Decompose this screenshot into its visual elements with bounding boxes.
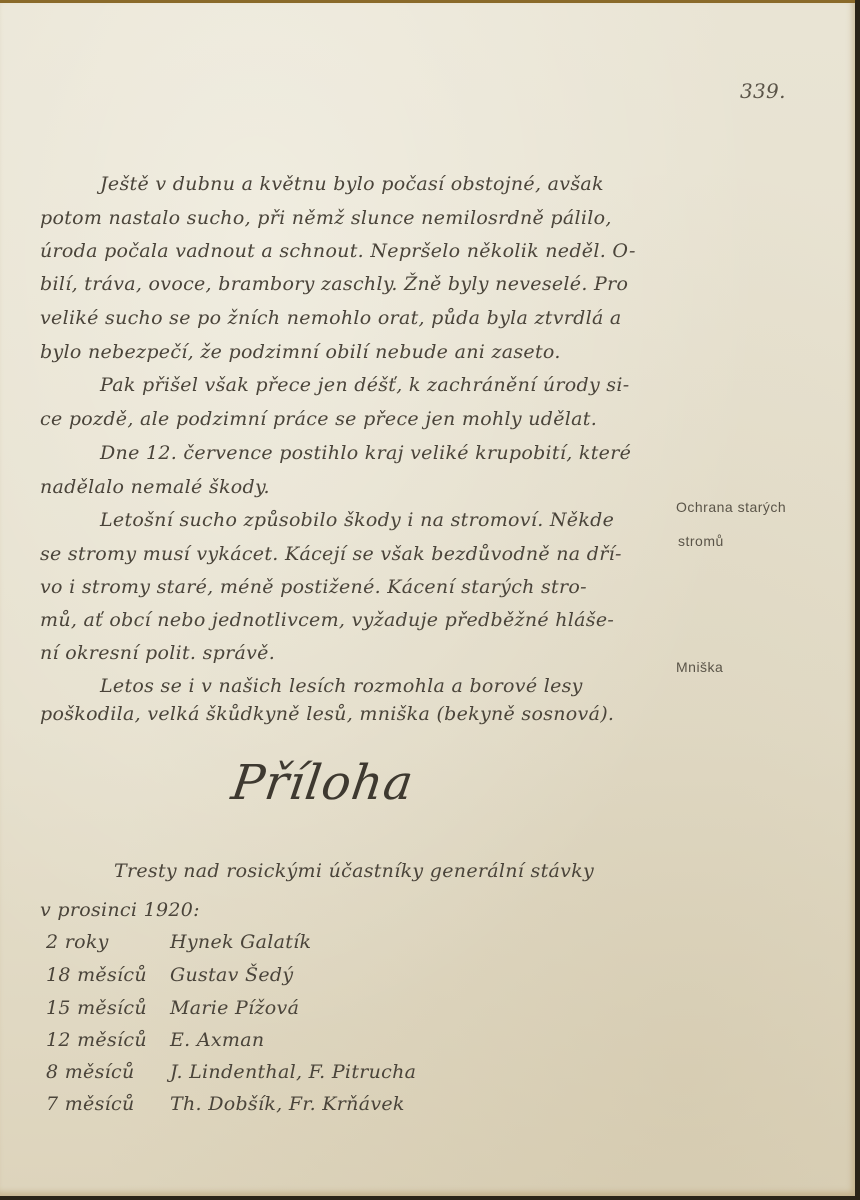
margin-note-nun-moth: Mniška	[676, 659, 723, 675]
body-line: potom nastalo sucho, při němž slunce nem…	[40, 207, 612, 229]
penalty-row: 18 měsíců Gustav Šedý	[46, 964, 546, 988]
margin-note-tree-protection-cont: stromů	[678, 533, 724, 549]
body-line: bilí, tráva, ovoce, brambory zaschly. Žn…	[40, 273, 628, 295]
margin-note-tree-protection: Ochrana starých	[676, 499, 786, 515]
body-line: úroda počala vadnout a schnout. Nepršelo…	[40, 240, 636, 262]
penalty-names: Hynek Galatík	[170, 931, 311, 953]
penalty-row: 7 měsíců Th. Dobšík, Fr. Krňávek	[46, 1093, 546, 1117]
penalty-term: 15 měsíců	[46, 997, 147, 1019]
body-line: veliké sucho se po žních nemohlo orat, p…	[40, 307, 622, 329]
penalty-names: Marie Pížová	[170, 997, 299, 1019]
appendix-heading: Příloha	[228, 755, 417, 811]
appendix-intro-date: v prosinci 1920:	[40, 899, 200, 921]
penalty-names: Gustav Šedý	[170, 964, 293, 986]
penalty-row: 8 měsíců J. Lindenthal, F. Pitrucha	[46, 1061, 546, 1085]
penalty-row: 2 roky Hynek Galatík	[46, 931, 546, 955]
body-line: vo i stromy staré, méně postižené. Kácen…	[40, 576, 587, 598]
penalty-term: 7 měsíců	[46, 1093, 135, 1115]
body-line: mů, ať obcí nebo jednotlivcem, vyžaduje …	[40, 609, 614, 631]
penalty-names: Th. Dobšík, Fr. Krňávek	[170, 1093, 405, 1115]
body-line: Ještě v dubnu a květnu bylo počasí obsto…	[100, 173, 604, 195]
body-line: nadělalo nemalé škody.	[40, 476, 270, 498]
penalty-term: 2 roky	[46, 931, 109, 953]
body-line: ce pozdě, ale podzimní práce se přece je…	[40, 408, 597, 430]
body-line: se stromy musí vykácet. Kácejí se však b…	[40, 543, 622, 565]
penalty-term: 18 měsíců	[46, 964, 147, 986]
penalty-term: 8 měsíců	[46, 1061, 135, 1083]
chronicle-page: 339. Ještě v dubnu a květnu bylo počasí …	[0, 0, 855, 1196]
penalty-term: 12 měsíců	[46, 1029, 147, 1051]
body-line: ní okresní polit. správě.	[40, 642, 275, 664]
penalty-names: E. Axman	[170, 1029, 264, 1051]
body-line: Letos se i v našich lesích rozmohla a bo…	[100, 675, 583, 697]
penalty-names: J. Lindenthal, F. Pitrucha	[170, 1061, 416, 1083]
body-line: Letošní sucho způsobilo škody i na strom…	[100, 509, 614, 531]
body-line: bylo nebezpečí, že podzimní obilí nebude…	[40, 341, 561, 363]
body-line: Pak přišel však přece jen déšť, k zachrá…	[100, 374, 629, 396]
body-line: poškodila, velká škůdkyně lesů, mniška (…	[40, 703, 614, 725]
page-number: 339.	[740, 79, 786, 103]
body-line: Dne 12. července postihlo kraj veliké kr…	[100, 442, 631, 464]
penalty-row: 15 měsíců Marie Pížová	[46, 997, 546, 1021]
appendix-intro: Tresty nad rosickými účastníky generální…	[114, 860, 594, 882]
penalty-row: 12 měsíců E. Axman	[46, 1029, 546, 1053]
